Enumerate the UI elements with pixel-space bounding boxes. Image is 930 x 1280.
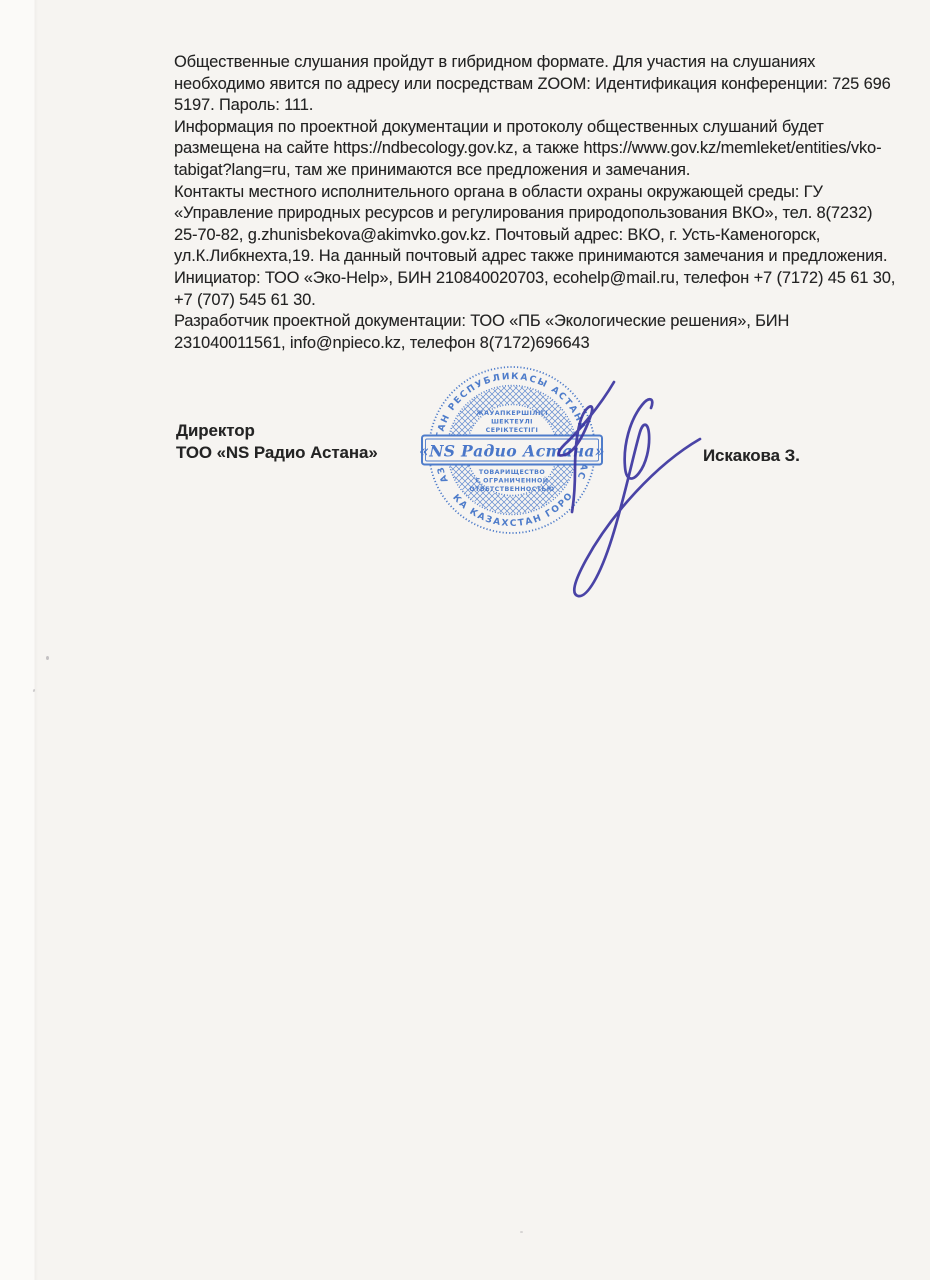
- scan-speck: [46, 656, 49, 660]
- signature-stroke-left-zigzag: [558, 382, 614, 512]
- scan-speck: [520, 1231, 523, 1233]
- document-body-text: Общественные слушания пройдут в гибридно…: [174, 52, 900, 354]
- stamp-inner-top-line2: ШЕКТЕУЛІ: [491, 419, 533, 426]
- paragraph-authority-contacts: Контакты местного исполнительного органа…: [174, 182, 900, 268]
- handwritten-signature: [530, 370, 720, 640]
- scanned-document-page: Общественные слушания пройдут в гибридно…: [0, 0, 930, 1280]
- paragraph-information-sites: Информация по проектной документации и п…: [174, 117, 900, 182]
- scan-speck: [33, 689, 36, 693]
- paragraph-hearings-format: Общественные слушания пройдут в гибридно…: [174, 52, 900, 117]
- signature-block-left: Директор ТОО «NS Радио Астана»: [176, 420, 378, 464]
- paragraph-initiator: Инициатор: ТОО «Эко-Help», БИН 210840020…: [174, 268, 900, 311]
- signature-stroke-loop-and-flourish: [574, 399, 700, 596]
- company-name: ТОО «NS Радио Астана»: [176, 442, 378, 464]
- director-title: Директор: [176, 420, 378, 442]
